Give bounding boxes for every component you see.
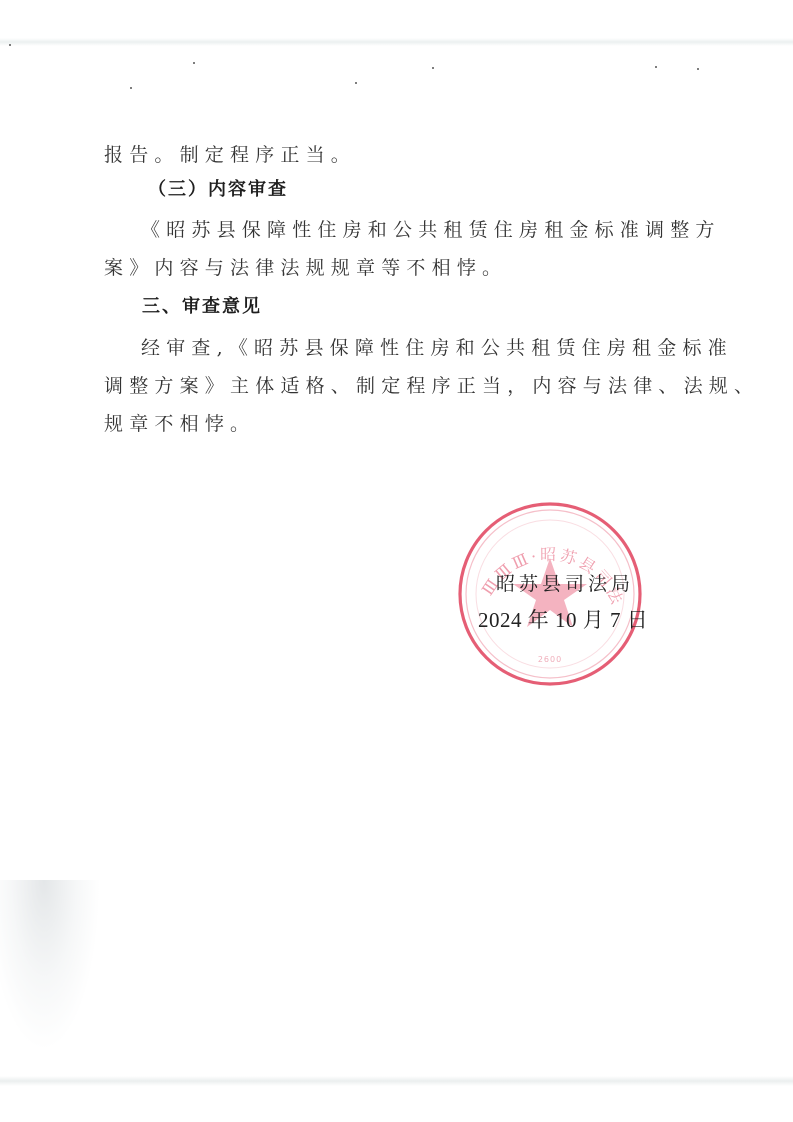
scan-speck [9,44,11,46]
scan-speck [655,66,657,68]
paragraph-content-line-2: 案》内容与法律法规规章等不相悖。 [104,257,507,279]
scan-edge-top [0,38,793,46]
paragraph-opinion-line-2: 调整方案》主体适格、制定程序正当，内容与法律、法规、 [104,375,759,397]
signature-date: 2024 年 10 月 7 日 [478,609,648,631]
paragraph-opinion-line-3: 规章不相悖。 [104,413,255,435]
scan-speck [355,82,357,84]
section-heading-content-review: （三）内容审查 [148,179,288,201]
section-heading-review-opinion: 三、审查意见 [142,296,262,318]
scan-speck [130,87,132,89]
paragraph-procedure-conclusion: 报告。制定程序正当。 [104,144,356,166]
signature-organization: 昭苏县司法局 [496,573,634,595]
scan-edge-bottom [0,1076,793,1086]
scan-shadow [0,880,110,1080]
scan-speck [193,62,195,64]
svg-text:2600: 2600 [538,655,562,664]
paragraph-opinion-line-1: 经审查,《昭苏县保障性住房和公共租赁住房租金标准 [141,337,733,359]
scan-speck [697,68,699,70]
paragraph-content-line-1: 《昭苏县保障性住房和公共租赁住房租金标准调整方 [141,219,721,241]
scan-speck [432,67,434,69]
